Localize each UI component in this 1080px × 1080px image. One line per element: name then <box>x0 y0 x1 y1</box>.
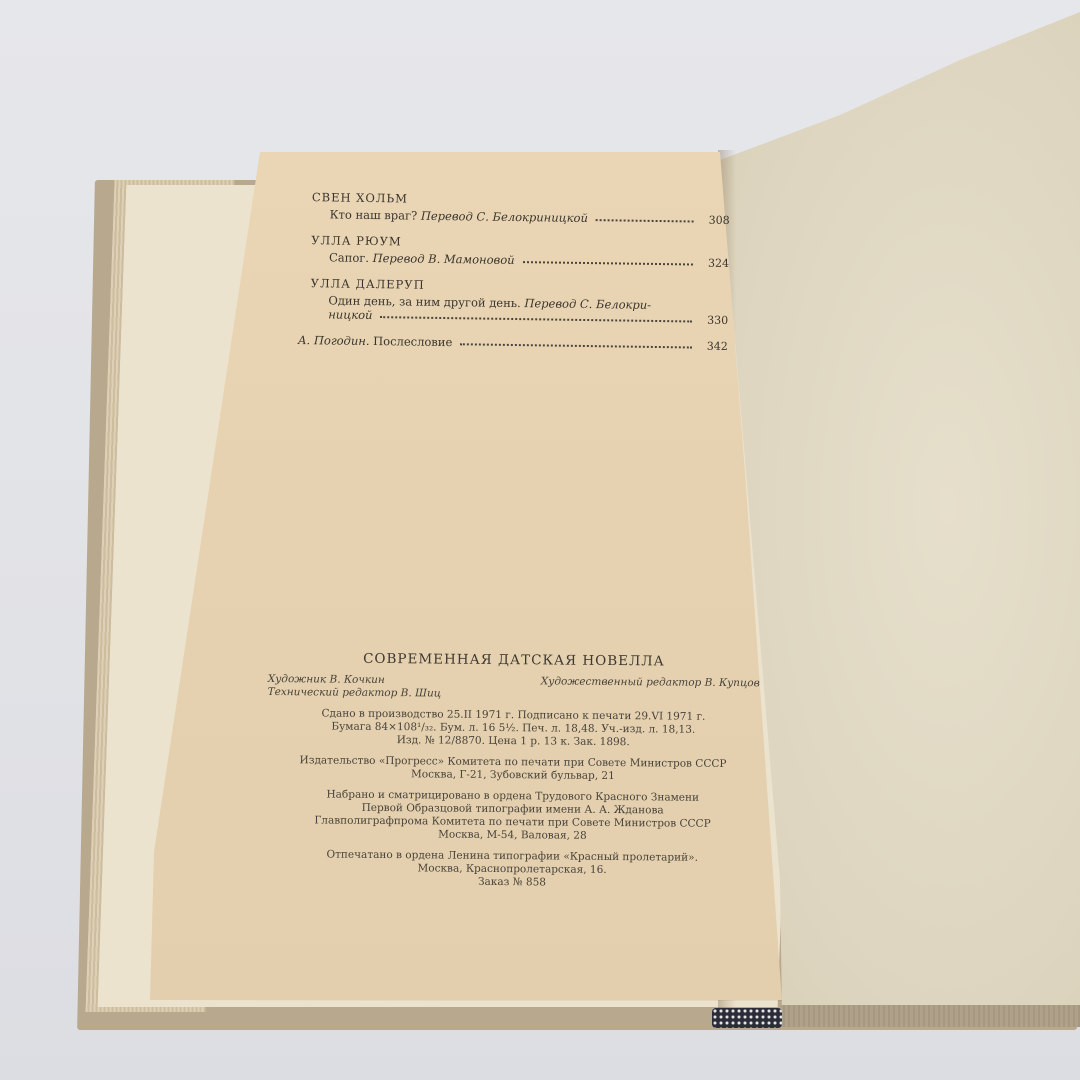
toc-translator-cont: ницкой <box>328 307 372 322</box>
toc-author: УЛЛА РЮУМ <box>311 233 729 253</box>
toc-entry: Сапог. Перевод В. Мамоновой 324 <box>329 250 729 270</box>
toc-leader-dots <box>460 343 692 348</box>
toc-title: Сапог. <box>329 250 369 265</box>
publisher-info: Издательство «Прогресс» Комитета по печа… <box>267 754 759 784</box>
typesetter-info: Набрано и сматрицировано в ордена Трудов… <box>266 788 758 844</box>
toc-leader-dots <box>523 261 693 265</box>
toc-title: Кто наш враг? <box>330 207 418 222</box>
printer-info: Отпечатано в ордена Ленина типографии «К… <box>266 848 758 891</box>
bottom-board-edge <box>780 1005 1080 1027</box>
toc-author-italic: А. Погодин. <box>298 333 370 348</box>
toc-title: Послесловие <box>373 334 452 349</box>
toc-entry: А. Погодин. Послесловие 342 <box>298 333 728 353</box>
toc-translator: Перевод С. Белокри- <box>524 296 651 312</box>
toc-page-number: 342 <box>700 340 728 353</box>
colophon: СОВРЕМЕННАЯ ДАТСКАЯ НОВЕЛЛА Художник В. … <box>266 652 760 891</box>
artist-credit: Художник В. Кочкин <box>268 673 385 687</box>
toc-translator: Перевод С. Белокриницкой <box>421 209 588 225</box>
toc-entry: Кто наш враг? Перевод С. Белокриницкой 3… <box>330 207 730 227</box>
photo-scene: СВЕН ХОЛЬМ Кто наш враг? Перевод С. Бело… <box>0 0 1080 1080</box>
table-of-contents: СВЕН ХОЛЬМ Кто наш враг? Перевод С. Бело… <box>298 190 730 365</box>
toc-translator: Перевод В. Мамоновой <box>373 251 515 267</box>
headband <box>712 1008 782 1028</box>
art-editor-credit: Художественный редактор В. Купцов <box>541 675 760 690</box>
toc-page-number: 330 <box>700 314 728 327</box>
toc-page-number: 308 <box>702 214 730 227</box>
toc-leader-dots <box>596 219 694 222</box>
toc-leader-dots <box>380 316 692 322</box>
toc-entry: Один день, за ним другой день. Перевод С… <box>328 293 728 327</box>
toc-page-number: 324 <box>701 257 729 270</box>
print-info: Сдано в производство 25.II 1971 г. Подпи… <box>267 707 759 750</box>
toc-author: УЛЛА ДАЛЕРУП <box>311 276 729 296</box>
